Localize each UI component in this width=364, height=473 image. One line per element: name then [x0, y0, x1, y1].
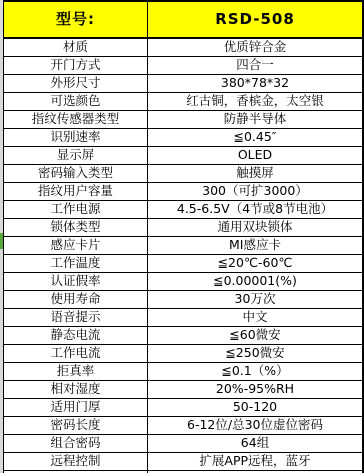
spec-row-fingerprint-sensor: 指纹传感器类型 防静半导体: [4, 111, 362, 129]
spec-value: ≦0.1（%）: [148, 363, 362, 380]
spec-value: OLED: [148, 147, 362, 164]
model-value: RSD-508: [148, 2, 362, 37]
spec-value: 中文: [148, 309, 362, 326]
spec-label: 相对湿度: [4, 381, 148, 398]
spec-row-working-temperature: 工作温度 ≦20℃-60℃: [4, 255, 362, 273]
spec-row-fingerprint-capacity: 指纹用户容量 300（可扩3000）: [4, 183, 362, 201]
spec-row-relative-humidity: 相对湿度 20%-95%RH: [4, 381, 362, 399]
spec-row-material: 材质 优质锌合金: [4, 39, 362, 57]
spec-label: 工作温度: [4, 255, 148, 272]
spec-value: 触摸屏: [148, 165, 362, 182]
spec-label: 工作电源: [4, 201, 148, 218]
spec-label: 认证假率: [4, 273, 148, 290]
spec-label: 可选颜色: [4, 93, 148, 110]
spec-value: 64组: [148, 435, 362, 452]
spec-value: 红古铜，香槟金，太空银: [148, 93, 362, 110]
spec-row-door-thickness: 适用门厚 50-120: [4, 399, 362, 417]
spec-label: 密码长度: [4, 417, 148, 434]
spec-label: 锁体类型: [4, 219, 148, 236]
spec-value: 20%-95%RH: [148, 381, 362, 398]
spec-table: 型号: RSD-508 材质 优质锌合金 开门方式 四合一 外形尺寸 380*7…: [3, 0, 364, 473]
spec-row-induction-card: 感应卡片 MI感应卡: [4, 237, 362, 255]
spec-row-recognition-speed: 识别速率 ≦0.45″: [4, 129, 362, 147]
spec-label: 语音提示: [4, 309, 148, 326]
spec-label: 使用寿命: [4, 291, 148, 308]
spec-value: 4.5-6.5V（4节或8节电池）: [148, 201, 362, 218]
spec-row-password-length: 密码长度 6-12位/总30位虚位密码: [4, 417, 362, 435]
spec-label: 密码输入类型: [4, 165, 148, 182]
spec-value: 300（可扩3000）: [148, 183, 362, 200]
spec-value: 防静半导体: [148, 111, 362, 128]
spec-label: 工作电流: [4, 345, 148, 362]
spec-label: 指纹传感器类型: [4, 111, 148, 128]
spec-label: 静态电流: [4, 327, 148, 344]
spec-row-remote-control: 远程控制 扩展APP远程，蓝牙: [4, 453, 362, 471]
spec-value: ≦0.45″: [148, 129, 362, 146]
spec-row-static-current: 静态电流 ≦60微安: [4, 327, 362, 345]
spec-value: 通用双块锁体: [148, 219, 362, 236]
spec-row-false-acceptance-rate: 认证假率 ≦0.00001(%): [4, 273, 362, 291]
spec-label: 材质: [4, 39, 148, 56]
spec-row-lock-body-type: 锁体类型 通用双块锁体: [4, 219, 362, 237]
spec-label: 外形尺寸: [4, 75, 148, 92]
spec-label: 感应卡片: [4, 237, 148, 254]
spec-value: 30万次: [148, 291, 362, 308]
spec-row-voice-prompt: 语音提示 中文: [4, 309, 362, 327]
spec-value: ≦20℃-60℃: [148, 255, 362, 272]
spec-label: 组合密码: [4, 435, 148, 452]
spec-label: 显示屏: [4, 147, 148, 164]
spec-value: 优质锌合金: [148, 39, 362, 56]
spec-row-service-life: 使用寿命 30万次: [4, 291, 362, 309]
spec-label: 指纹用户容量: [4, 183, 148, 200]
spec-value: ≦250微安: [148, 345, 362, 362]
spec-value: 四合一: [148, 57, 362, 74]
spec-value: 扩展APP远程，蓝牙: [148, 453, 362, 470]
spec-value: 50-120: [148, 399, 362, 416]
spec-row-false-rejection-rate: 拒真率 ≦0.1（%）: [4, 363, 362, 381]
spec-row-dimensions: 外形尺寸 380*78*32: [4, 75, 362, 93]
table-header-row: 型号: RSD-508: [4, 2, 362, 39]
spec-row-colors: 可选颜色 红古铜，香槟金，太空银: [4, 93, 362, 111]
spec-row-password-combinations: 组合密码 64组: [4, 435, 362, 453]
spec-label: 开门方式: [4, 57, 148, 74]
spec-label: 适用门厚: [4, 399, 148, 416]
spec-row-open-method: 开门方式 四合一: [4, 57, 362, 75]
spec-value: 380*78*32: [148, 75, 362, 92]
spec-value: MI感应卡: [148, 237, 362, 254]
spec-value: ≦0.00001(%): [148, 273, 362, 290]
spec-row-password-input: 密码输入类型 触摸屏: [4, 165, 362, 183]
spec-value: ≦60微安: [148, 327, 362, 344]
spec-row-working-current: 工作电流 ≦250微安: [4, 345, 362, 363]
spec-row-power-supply: 工作电源 4.5-6.5V（4节或8节电池）: [4, 201, 362, 219]
spec-value: 6-12位/总30位虚位密码: [148, 417, 362, 434]
spec-sheet-page: 型号: RSD-508 材质 优质锌合金 开门方式 四合一 外形尺寸 380*7…: [0, 0, 364, 473]
spec-label: 远程控制: [4, 453, 148, 470]
spec-label: 拒真率: [4, 363, 148, 380]
spec-row-display: 显示屏 OLED: [4, 147, 362, 165]
model-label: 型号:: [4, 2, 148, 37]
spec-label: 识别速率: [4, 129, 148, 146]
